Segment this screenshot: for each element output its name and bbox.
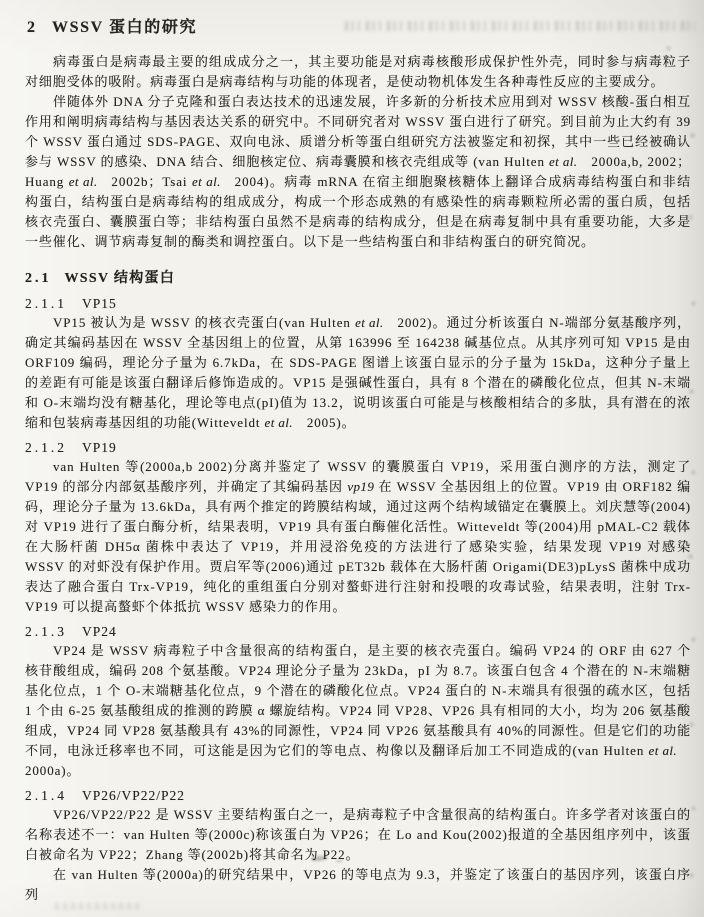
chapter-title: WSSV 蛋白的研究 — [52, 19, 197, 36]
subsection-number: 2.1.4 — [25, 788, 67, 803]
paragraph-vp24: VP24 是 WSSV 病毒粒子中含量很高的结构蛋白，是主要的核衣壳蛋白。编码 … — [25, 641, 691, 781]
subsection-title: VP19 — [82, 440, 117, 455]
subsection-number: 2.1.3 — [25, 624, 67, 639]
section-number: 2.1 — [25, 271, 52, 286]
chapter-number: 2 — [27, 19, 35, 36]
paragraph-virus-protein-intro: 病毒蛋白是病毒最主要的组成成分之一，其主要功能是对病毒核酸形成保护性外壳，同时参… — [25, 52, 691, 92]
subsection-title: VP26/VP22/P22 — [82, 788, 185, 803]
paragraph-vp19: van Hulten 等(2000a,b 2002)分离并鉴定了 WSSV 的囊… — [25, 457, 691, 617]
paragraph-wssv-protein-research-overview: 伴随体外 DNA 分子克隆和蛋白表达技术的迅速发展，许多新的分析技术应用到对 W… — [25, 92, 691, 252]
subsection-title: VP15 — [82, 296, 117, 311]
subsection-heading-vp19: 2.1.2VP19 — [25, 440, 691, 456]
subsection-heading-vp24: 2.1.3VP24 — [25, 624, 691, 640]
subsection-number: 2.1.1 — [25, 296, 67, 311]
paragraph-vp26-naming: VP26/VP22/P22 是 WSSV 主要结构蛋白之一，是病毒粒子中含量很高… — [25, 805, 691, 865]
subsection-title: VP24 — [82, 624, 117, 639]
section-title: WSSV 结构蛋白 — [65, 271, 176, 286]
chapter-heading: 2WSSV 蛋白的研究 — [27, 14, 691, 37]
subsection-heading-vp15: 2.1.1VP15 — [25, 296, 691, 312]
subsection-number: 2.1.2 — [25, 440, 67, 455]
paragraph-vp15: VP15 被认为是 WSSV 的核衣壳蛋白(van Hulten et al. … — [25, 313, 691, 433]
subsection-heading-vp26: 2.1.4VP26/VP22/P22 — [25, 788, 691, 804]
paragraph-vp26-isoelectric-point: 在 van Hulten 等(2000a)的研究结果中，VP26 的等电点为 9… — [25, 865, 691, 905]
scanned-page: 2WSSV 蛋白的研究 病毒蛋白是病毒最主要的组成成分之一，其主要功能是对病毒核… — [0, 0, 704, 917]
section-heading-structural-proteins: 2.1WSSV 结构蛋白 — [25, 267, 691, 287]
scan-edge-dots-artifact — [0, 0, 5, 5]
